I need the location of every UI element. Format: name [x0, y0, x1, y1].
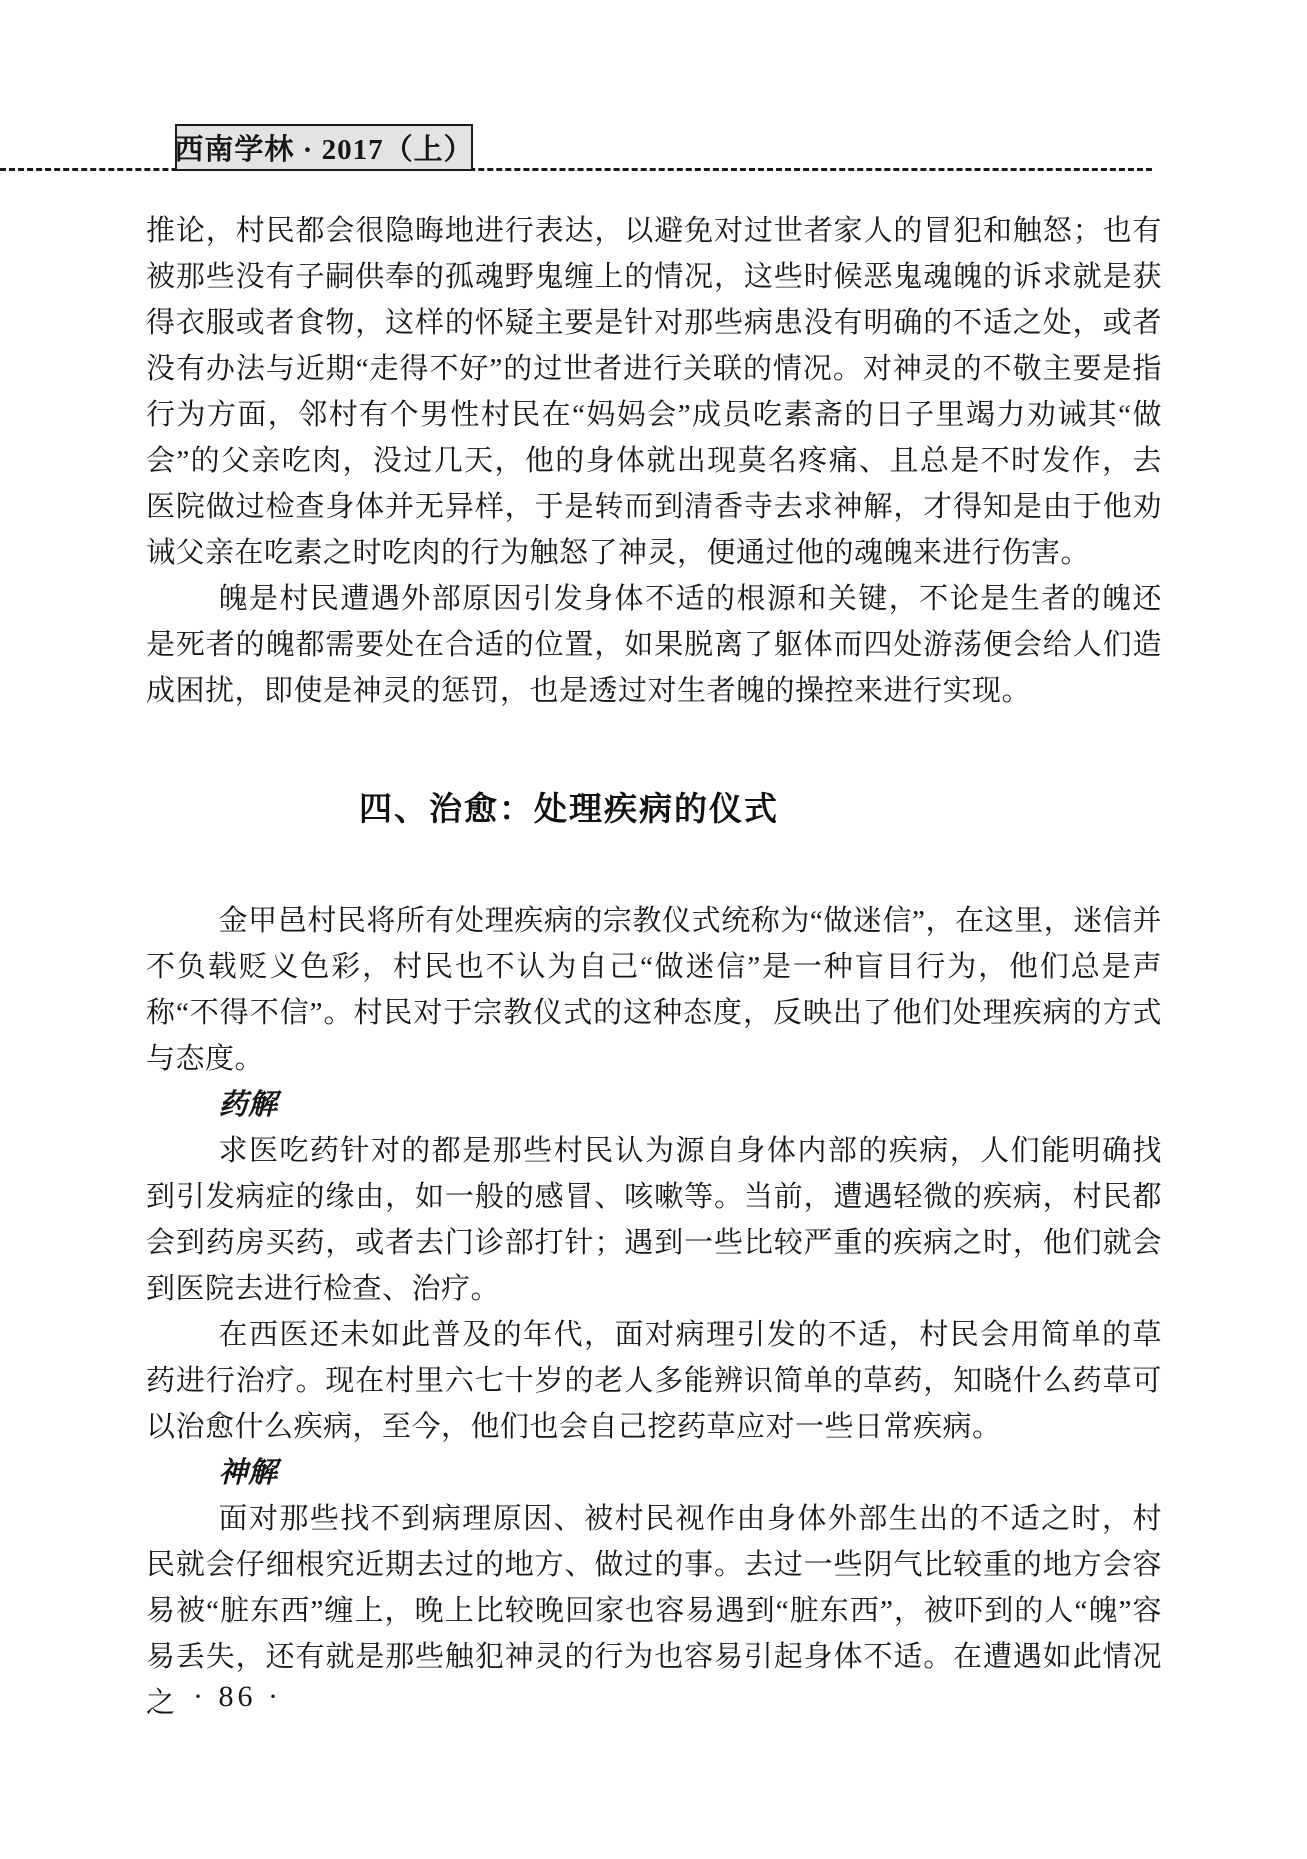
document-page: 西南学林 · 2017（上） 推论，村民都会很隐晦地进行表达，以避免对过世者家人… [0, 0, 1307, 1859]
paragraph: 推论，村民都会很隐晦地进行表达，以避免对过世者家人的冒犯和触怒；也有被那些没有子… [146, 208, 1162, 576]
journal-header-box: 西南学林 · 2017（上） [175, 124, 473, 171]
paragraph: 在西医还未如此普及的年代，面对病理引发的不适，村民会用简单的草药进行治疗。现在村… [146, 1312, 1162, 1450]
header-dashed-rule [0, 168, 1152, 171]
body-text-column: 推论，村民都会很隐晦地进行表达，以避免对过世者家人的冒犯和触怒；也有被那些没有子… [146, 208, 1162, 1726]
paragraph: 魄是村民遭遇外部原因引发身体不适的根源和关键，不论是生者的魄还是死者的魄都需要处… [146, 576, 1162, 714]
subheading-deity: 神解 [146, 1450, 1162, 1496]
paragraph: 面对那些找不到病理原因、被村民视作由身体外部生出的不适之时，村民就会仔细根究近期… [146, 1496, 1162, 1726]
journal-title: 西南学林 · 2017（上） [174, 127, 473, 168]
subheading-medicine: 药解 [146, 1082, 1162, 1128]
page-number: · 86 · [193, 1680, 282, 1714]
paragraph: 求医吃药针对的都是那些村民认为源自身体内部的疾病，人们能明确找到引发病症的缘由，… [146, 1128, 1162, 1312]
paragraph: 金甲邑村民将所有处理疾病的宗教仪式统称为“做迷信”，在这里，迷信并不负载贬义色彩… [146, 898, 1162, 1082]
section-heading: 四、治愈：处理疾病的仪式 [61, 786, 1077, 832]
